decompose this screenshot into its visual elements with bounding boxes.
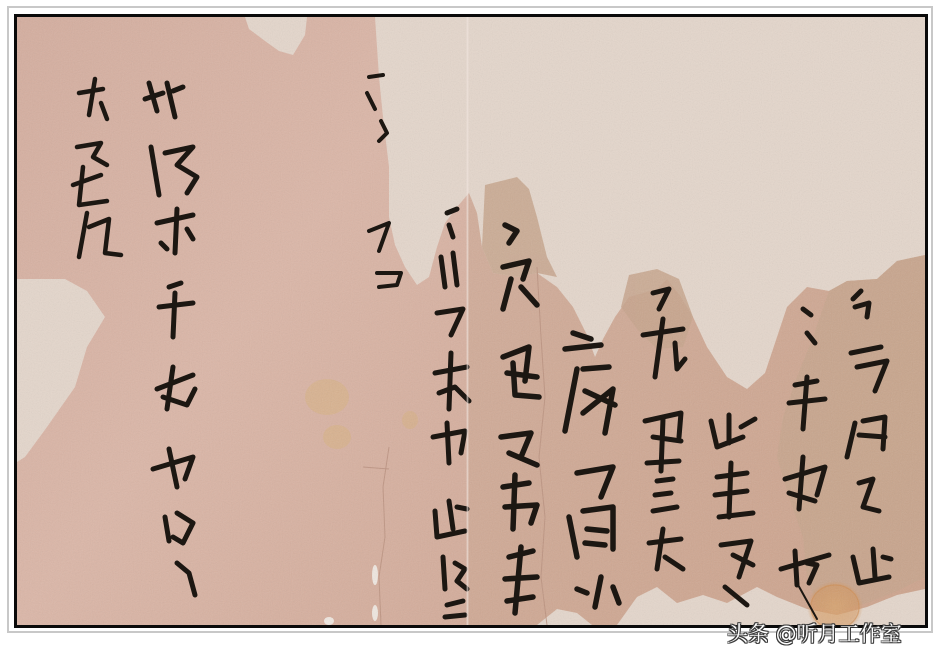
paper-grain: [17, 17, 925, 625]
center-fold: [466, 17, 469, 625]
watermark-text: 头条 @听月工作室: [727, 620, 902, 648]
calligraphy-artwork: [14, 14, 928, 628]
artwork-canvas: [17, 17, 925, 625]
